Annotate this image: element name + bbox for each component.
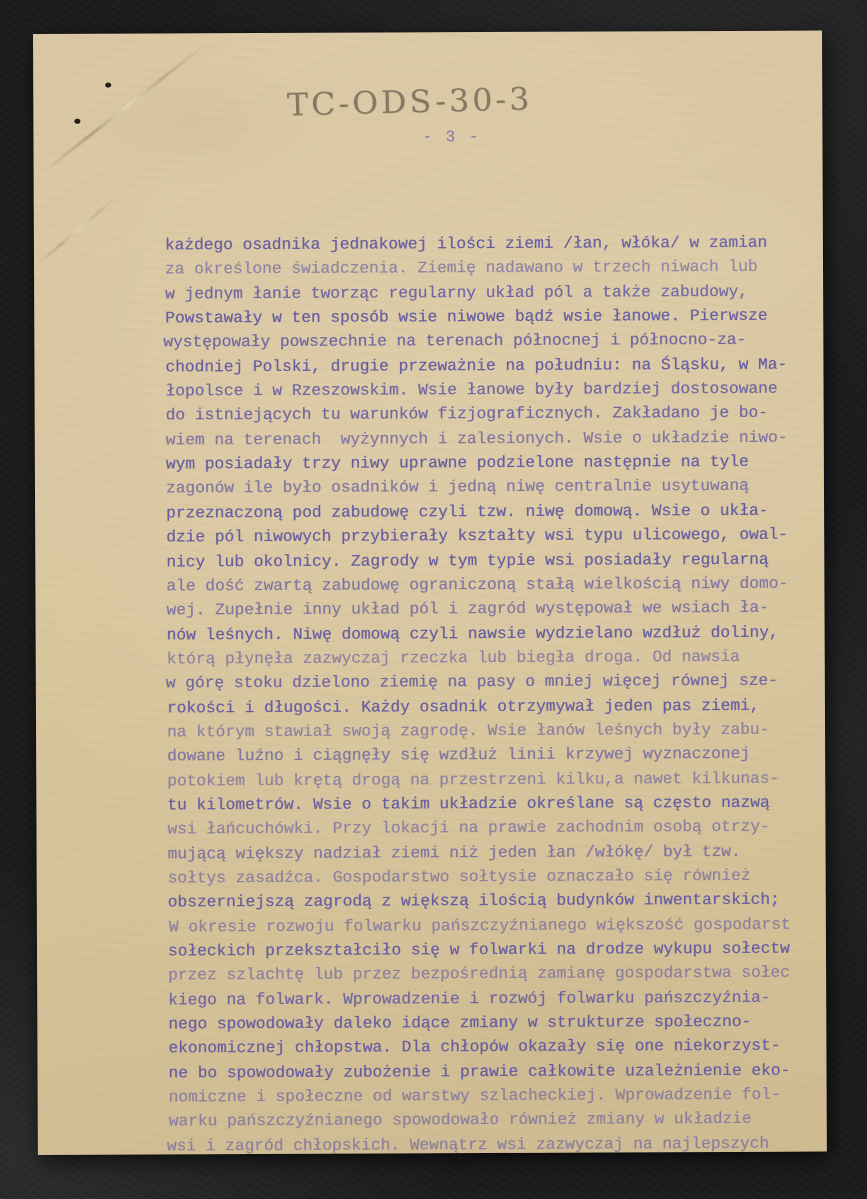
text-line: na którym stawiał swoją zagrodę. Wsie ła… <box>167 717 822 744</box>
text-line: którą płynęła zazwyczaj rzeczka lub bieg… <box>167 644 822 671</box>
text-line: mującą większy nadział ziemi niż jeden ł… <box>168 839 823 866</box>
text-line: sołeckich przekształciło się w folwarki … <box>168 937 823 964</box>
text-line: zagonów ile było osadników i jedną niwę … <box>166 474 821 501</box>
text-line: w jednym łanie tworząc regularny układ p… <box>165 279 820 306</box>
text-line: nicy lub okolnicy. Zagrody w tym typie w… <box>166 547 821 574</box>
text-line: wiem na terenach wyżynnych i zalesionych… <box>166 425 821 452</box>
text-line: chodniej Polski, drugie przeważnie na po… <box>165 352 820 379</box>
text-line: ale dość zwartą zabudowę ograniczoną sta… <box>166 571 821 598</box>
staple-hole <box>74 119 80 124</box>
text-line: łopolsce i w Rzeszowskim. Wsie łanowe by… <box>166 377 821 404</box>
text-line: nego spowodowały daleko idące zmiany w s… <box>168 1010 823 1037</box>
text-line: kiego na folwark. Wprowadzenie i rozwój … <box>168 985 823 1012</box>
text-line: tu kilometrów. Wsie o takim układzie okr… <box>167 791 822 818</box>
text-line: dowane luźno i ciągnęły się wzdłuż linii… <box>167 742 822 769</box>
text-line: ne bo spowodowały zubożenie i prawie cał… <box>168 1058 823 1085</box>
text-line: każdego osadnika jednakowej ilości ziemi… <box>165 231 820 258</box>
staple-hole <box>105 83 111 88</box>
text-line: wej. Zupełnie inny układ pól i zagród wy… <box>166 596 821 623</box>
text-line: w górę stoku dzielono ziemię na pasy o m… <box>166 669 822 696</box>
archive-code-handwritten: TC-ODS-30-3 <box>286 81 532 123</box>
text-line: przez szlachtę lub przez bezpośrednią za… <box>168 961 823 988</box>
text-line: wsi łańcuchówki. Przy lokacji na prawie … <box>167 815 822 842</box>
text-line: do istniejących tu warunków fizjograficz… <box>166 401 821 428</box>
text-line: W okresie rozwoju folwarku pańszczyźnian… <box>169 912 823 939</box>
scan-background: TC-ODS-30-3 - 3 - każdego osadnika jedna… <box>0 0 867 1199</box>
text-line: potokiem lub krętą drogą na przestrzeni … <box>167 766 822 793</box>
text-line: wym posiadały trzy niwy uprawne podzielo… <box>166 450 821 477</box>
text-line: przeznaczoną pod zabudowę czyli tzw. niw… <box>166 498 821 525</box>
paper-crease <box>35 193 121 266</box>
document-page: TC-ODS-30-3 - 3 - każdego osadnika jedna… <box>33 31 827 1155</box>
text-line: wsi i zagród chłopskich. Wewnątrz wsi za… <box>167 1131 824 1158</box>
text-line: obszerniejszą zagrodą z większą ilością … <box>168 888 823 915</box>
typewritten-text-block: każdego osadnika jednakowej ilości ziemi… <box>165 158 824 1159</box>
text-line: Powstawały w ten sposób wsie niwowe bądź… <box>165 304 820 331</box>
text-line: występowały powszechnie na terenach półn… <box>163 328 820 355</box>
text-line: dzie pól niwowych przybierały kształty w… <box>166 523 821 550</box>
text-line: za określone świadczenia. Ziemię nadawan… <box>165 255 820 282</box>
text-line: nów leśnych. Niwę domową czyli nawsie wy… <box>167 620 822 647</box>
text-line: nomiczne i społeczne od warstwy szlachec… <box>169 1083 824 1110</box>
text-line: ekonomicznej chłopstwa. Dla chłopów okaz… <box>168 1034 823 1061</box>
page-number: - 3 - <box>422 128 480 146</box>
text-line: sołtys zasadźca. Gospodarstwo sołtysie o… <box>168 864 823 891</box>
text-line: rokości i długości. Każdy osadnik otrzym… <box>167 693 822 720</box>
text-line: warku pańszczyźnianego spowodowało równi… <box>169 1107 824 1134</box>
paper-crease <box>41 41 209 175</box>
